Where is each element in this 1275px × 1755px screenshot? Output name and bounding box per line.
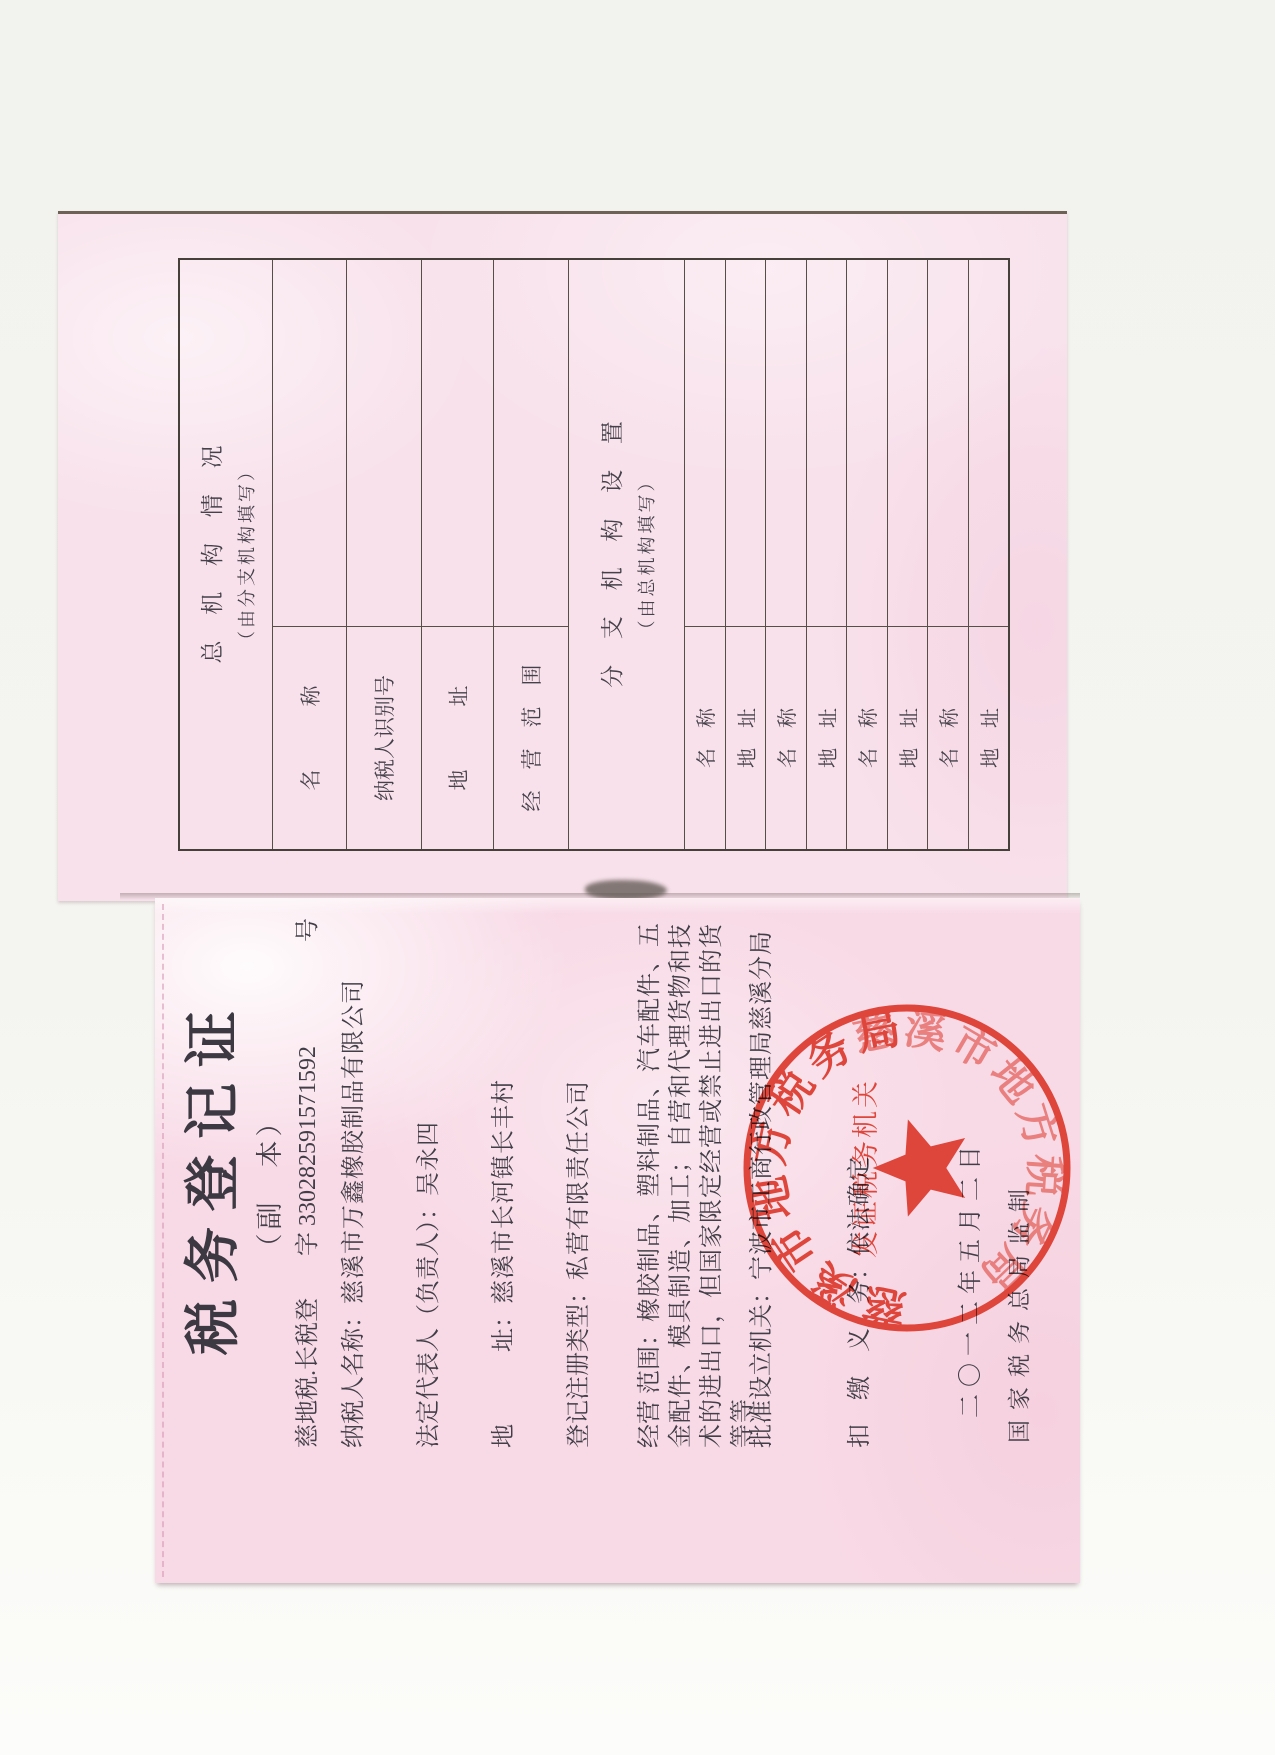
branches-section-subtitle: （由总机构填写） (633, 471, 659, 639)
head-office-branch-table: 总 机 构 情 况 （由分支机构填写） 名 称 纳税人识别号 地 址 经 营 范… (178, 258, 1010, 851)
certificate-serial-line: 慈地税.长税登 字 330282591571592 号 (293, 912, 324, 1448)
certificate-content: 税务登记证 （副 本） 慈地税.长税登 字 330282591571592 号 … (155, 898, 1080, 1583)
row-value-empty (847, 260, 887, 626)
fold-smudge-mark (585, 880, 667, 900)
row-label-name: 名 称 (273, 626, 346, 849)
row-value-empty (422, 260, 493, 626)
table-row: 地 址 (422, 260, 494, 849)
branch-address-label: 地 址 (888, 626, 928, 849)
branch-row: 地 址 (807, 260, 848, 849)
row-value-empty (347, 260, 421, 626)
branch-row: 名 称 (766, 260, 807, 849)
head-office-section-title: 总 机 构 情 况 (194, 436, 227, 674)
field-value: 私营有限责任公司 (566, 1080, 592, 1280)
tax-bureau-stamp: 慈溪市地方税务局 慈溪市地方税务局 发证税务机关 (727, 988, 1087, 1348)
row-value-empty (888, 260, 928, 626)
row-label-address: 地 址 (422, 626, 493, 849)
field-legal-representative: 法定代表人（负责人）：吴永四 (414, 912, 445, 1448)
branch-row: 名 称 (847, 260, 888, 849)
row-label-business-scope: 经 营 范 围 (494, 626, 568, 849)
row-value-empty (807, 260, 847, 626)
table-section-head-office: 总 机 构 情 况 （由分支机构填写） (180, 260, 273, 849)
row-value-empty (766, 260, 806, 626)
field-value: 慈溪市万鑫橡胶制品有限公司 (341, 979, 367, 1304)
field-value: 吴永四 (416, 1121, 442, 1196)
branches-section-title: 分 支 机 构 设 置 (594, 411, 627, 698)
branch-address-label: 地 址 (807, 626, 847, 849)
branch-row: 地 址 (726, 260, 767, 849)
row-value-empty (726, 260, 766, 626)
field-value: 慈溪市长河镇长丰村 (491, 1079, 517, 1304)
branch-row: 名 称 (928, 260, 969, 849)
branch-row: 地 址 (888, 260, 929, 849)
table-section-branches: 分 支 机 构 设 置 （由总机构填写） (569, 260, 685, 849)
branch-name-label: 名 称 (685, 626, 725, 849)
table-row: 经 营 范 围 (494, 260, 569, 849)
head-office-section-subtitle: （由分支机构填写） (233, 460, 259, 649)
field-address: 地 址：慈溪市长河镇长丰村 (489, 912, 520, 1448)
field-registration-type: 登记注册类型：私营有限责任公司 (564, 912, 595, 1448)
field-label: 地 址： (491, 1304, 517, 1448)
branch-address-label: 地 址 (726, 626, 766, 849)
scanned-document: 总 机 构 情 况 （由分支机构填写） 名 称 纳税人识别号 地 址 经 营 范… (0, 0, 1275, 1755)
branch-name-label: 名 称 (847, 626, 887, 849)
certificate-subtitle-duplicate: （副 本） (248, 933, 287, 1433)
table-row: 纳税人识别号 (347, 260, 422, 849)
field-taxpayer-name: 纳税人名称：慈溪市万鑫橡胶制品有限公司 (339, 912, 370, 1448)
branch-name-label: 名 称 (766, 626, 806, 849)
certificate-title: 税务登记证 (169, 933, 249, 1433)
row-value-empty (685, 260, 725, 626)
serial-prefix: 慈地税.长税登 (293, 1298, 324, 1448)
field-label: 法定代表人（负责人）： (416, 1196, 442, 1448)
field-label: 经营 范围： (637, 1322, 663, 1448)
back-page: 总 机 构 情 况 （由分支机构填写） 名 称 纳税人识别号 地 址 经 营 范… (58, 211, 1067, 901)
branch-row: 地 址 (969, 260, 1009, 849)
row-label-taxpayer-id: 纳税人识别号 (347, 626, 421, 849)
row-value-empty (494, 260, 568, 626)
field-label: 纳税人名称： (341, 1304, 367, 1448)
serial-suffix: 号 (293, 918, 324, 942)
branch-address-label: 地 址 (969, 626, 1009, 849)
row-value-empty (928, 260, 968, 626)
branch-name-label: 名 称 (928, 626, 968, 849)
row-value-empty (969, 260, 1009, 626)
row-value-empty (273, 260, 346, 626)
table-row: 名 称 (273, 260, 347, 849)
certificate-page: 税务登记证 （副 本） 慈地税.长税登 字 330282591571592 号 … (155, 898, 1080, 1583)
star-icon (873, 1119, 965, 1216)
branch-row: 名 称 (685, 260, 726, 849)
serial-number: 字 330282591571592 (293, 1046, 324, 1256)
field-label: 登记注册类型： (566, 1280, 592, 1448)
